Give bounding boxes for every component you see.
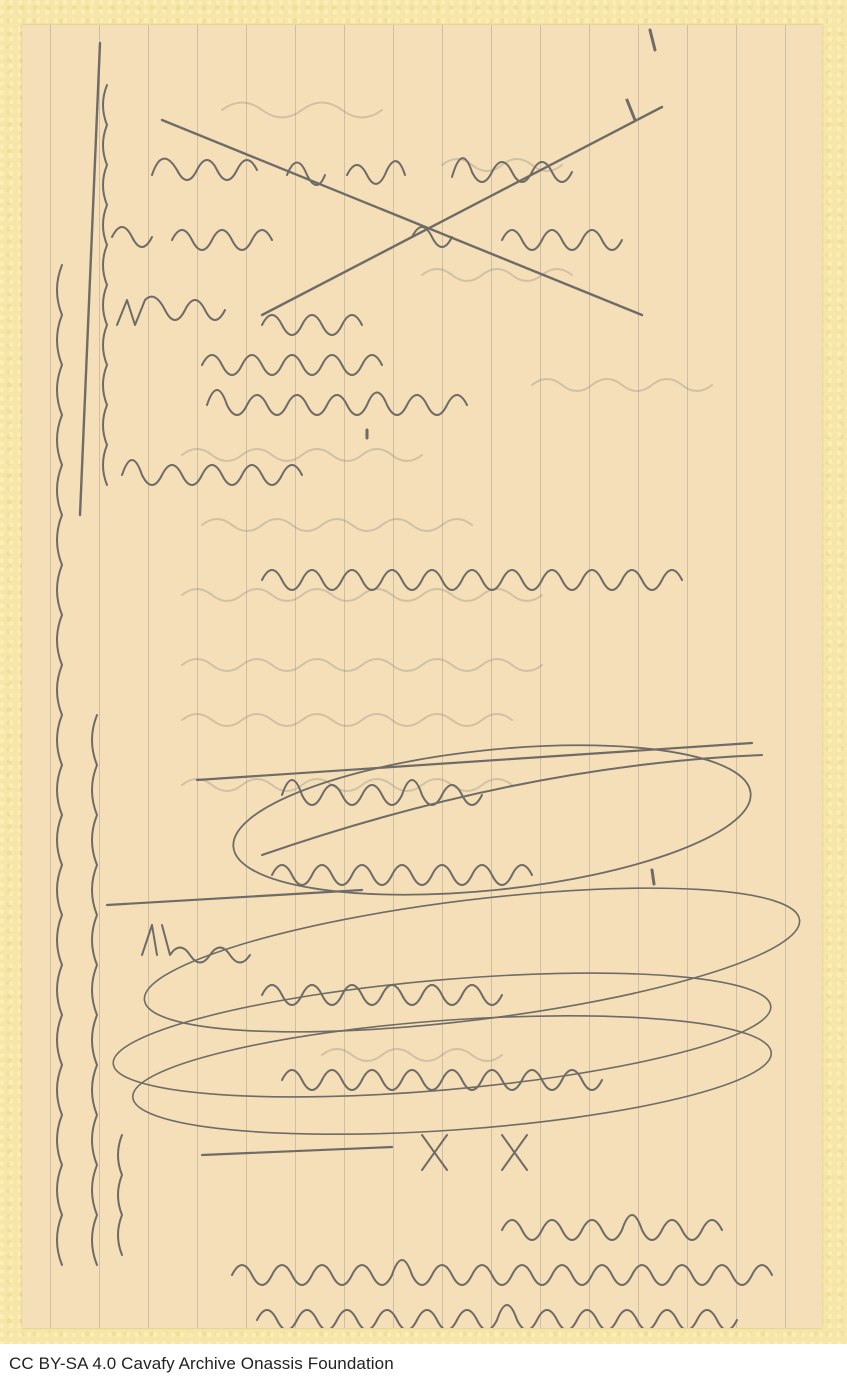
- license-credit: CC BY-SA 4.0 Cavafy Archive Onassis Foun…: [9, 1354, 394, 1374]
- pencil-handwriting: [22, 25, 822, 1328]
- manuscript-sheet: [22, 25, 822, 1328]
- show-through-text: [182, 103, 712, 1062]
